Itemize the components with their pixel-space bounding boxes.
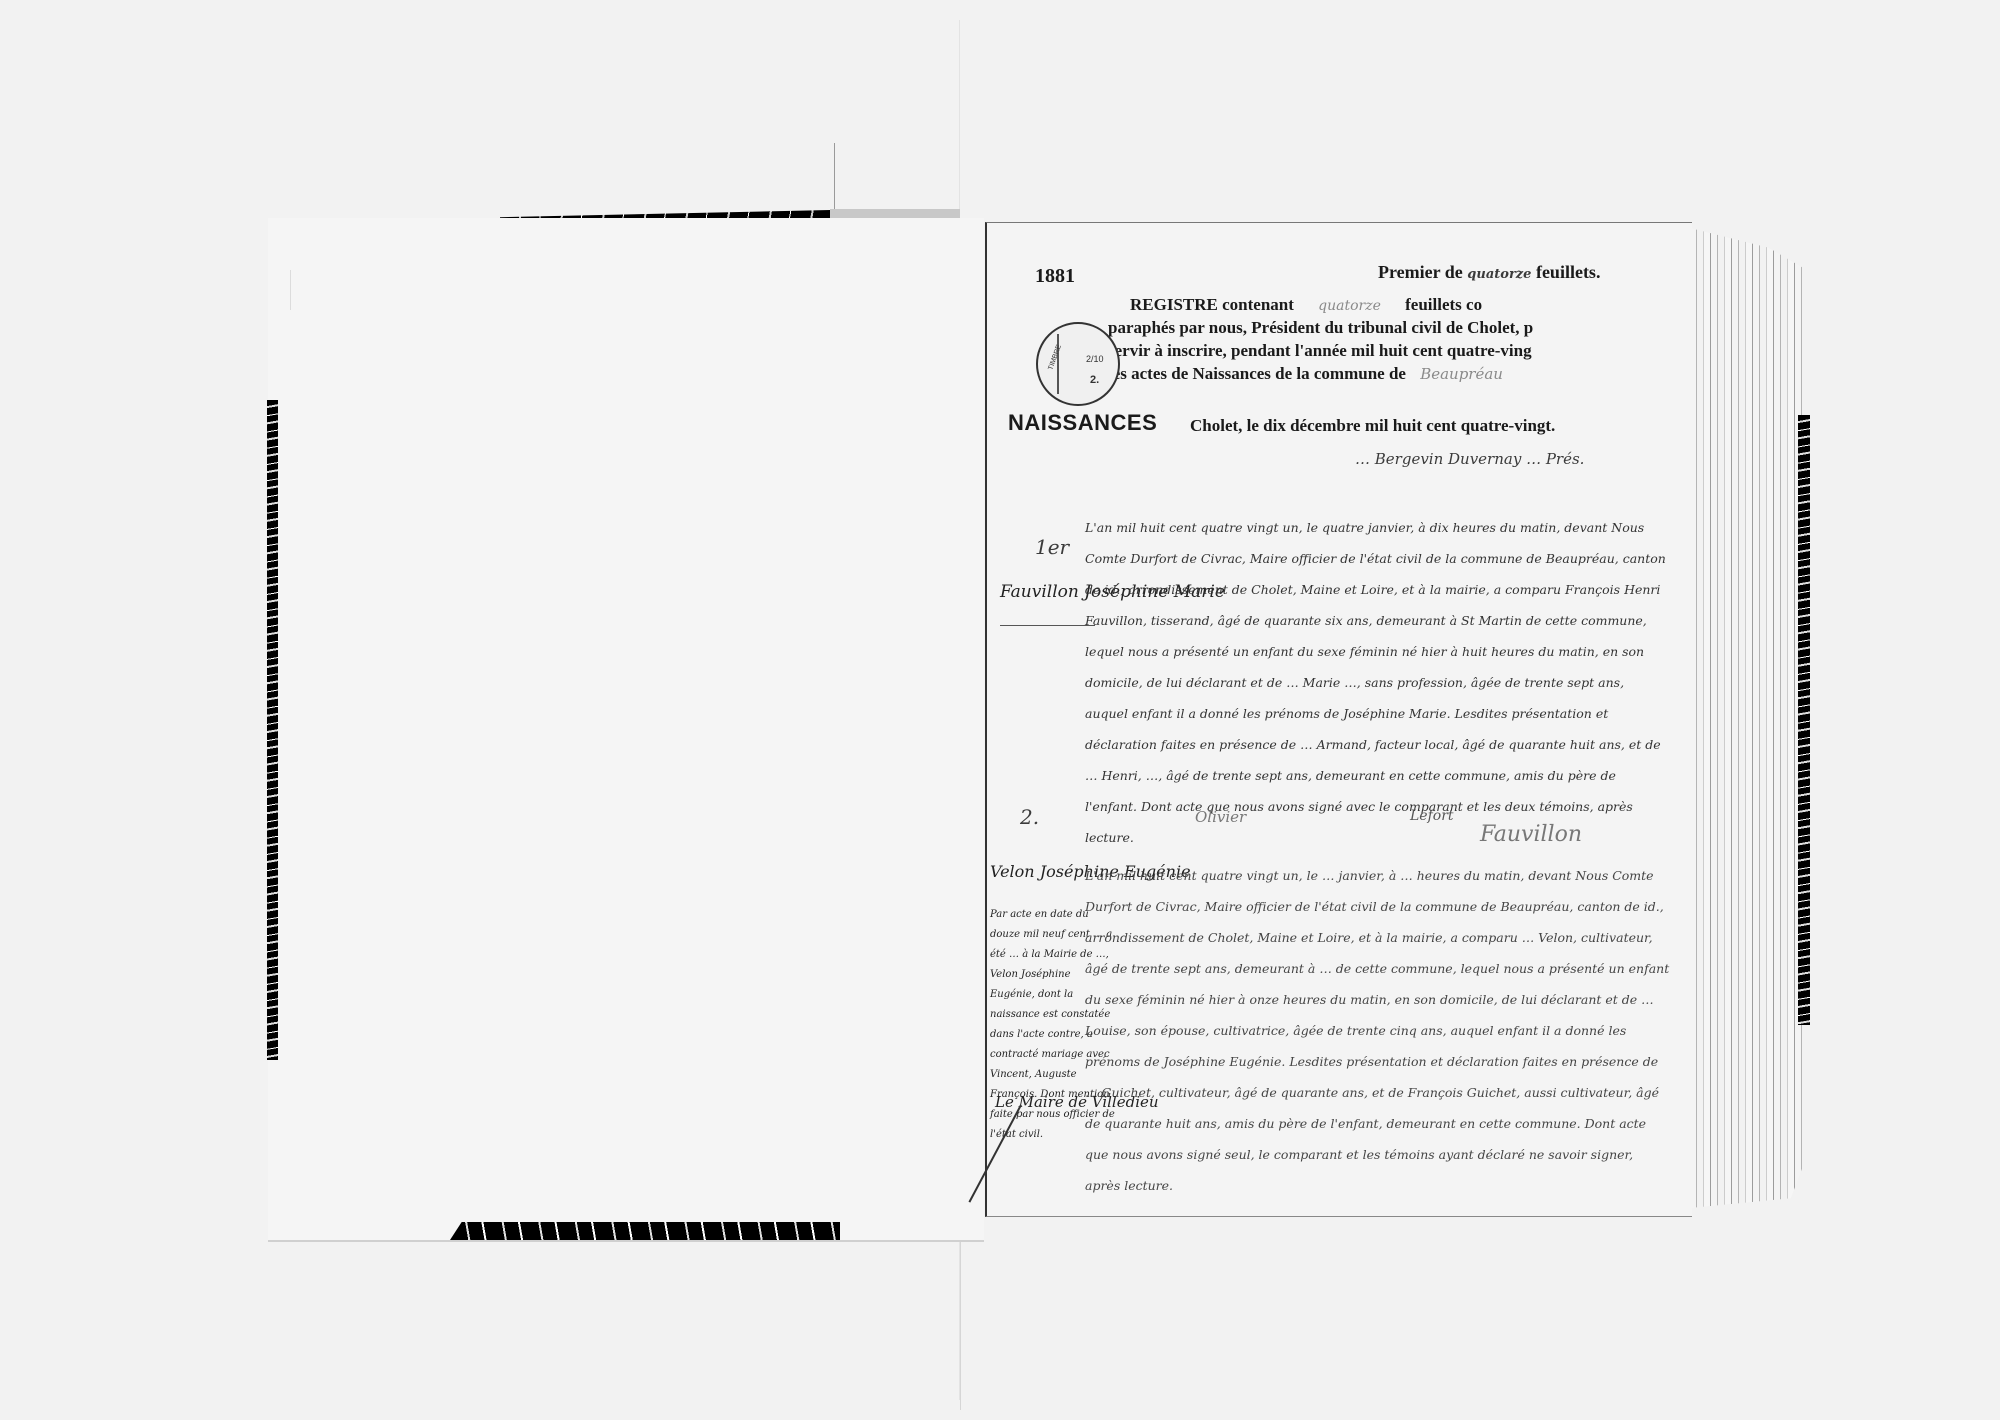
registre-line-3: servir à inscrire, pendant l'année mil h…: [1108, 341, 1532, 361]
entry-2-number: 2.: [1020, 805, 1039, 829]
registre-line-1: REGISTRE contenant quatorze feuillets co: [1130, 295, 1482, 315]
stamp-value-top: 2/10: [1086, 354, 1104, 364]
president-signature: … Bergevin Duvernay … Prés.: [1355, 450, 1584, 468]
tax-stamp-icon: TIMBRE 2/10 2.: [1036, 322, 1120, 406]
registre-text: REGISTRE contenant: [1130, 295, 1294, 314]
stamp-value-bottom: 2.: [1090, 374, 1099, 386]
marbled-edge-right: [1798, 415, 1810, 1025]
commune-handwritten: Beaupréau: [1410, 365, 1503, 383]
dated-line: Cholet, le dix décembre mil huit cent qu…: [1190, 416, 1555, 436]
page-stack-edges: [1690, 228, 1802, 1208]
page-stub: [290, 270, 311, 310]
registre-line-2: paraphés par nous, Président du tribunal…: [1108, 318, 1533, 338]
registre-line-4-text: les actes de Naissances de la commune de: [1108, 364, 1406, 383]
entry-1-underline: [1000, 625, 1095, 626]
feuillets-text: feuillets.: [1536, 262, 1601, 282]
entry-2-text: L'an mil huit cent quatre vingt un, le ……: [1085, 860, 1670, 1201]
premier-de-text: Premier de: [1378, 262, 1463, 282]
marbled-edge-bottom: [450, 1222, 840, 1240]
entry-1-number: 1er: [1035, 535, 1069, 559]
cover-edge-top: [830, 209, 960, 218]
entry-1-signature-witness-1: Olivier: [1195, 808, 1246, 826]
entry-1-signature-father: Fauvillon: [1480, 822, 1582, 847]
section-title: NAISSANCES: [1008, 410, 1157, 436]
registre-line-4: les actes de Naissances de la commune de…: [1108, 364, 1503, 384]
scan-seam-top: [834, 143, 835, 213]
premier-de-label: Premier de quatorze feuillets.: [1378, 262, 1600, 283]
entry-1-signature-witness-2: Lefort: [1410, 808, 1454, 824]
left-page-blank: [268, 218, 984, 1240]
register-year: 1881: [1035, 265, 1075, 288]
premier-de-handwritten: quatorze: [1467, 267, 1531, 282]
registre-tail: feuillets co: [1405, 295, 1482, 314]
marbled-edge-left: [267, 400, 278, 1060]
scan-seam-bottom: [960, 1240, 961, 1410]
registre-handwritten: quatorze: [1298, 298, 1401, 314]
entry-1-text: L'an mil huit cent quatre vingt un, le q…: [1085, 512, 1670, 853]
left-page-edge: [268, 1240, 984, 1242]
